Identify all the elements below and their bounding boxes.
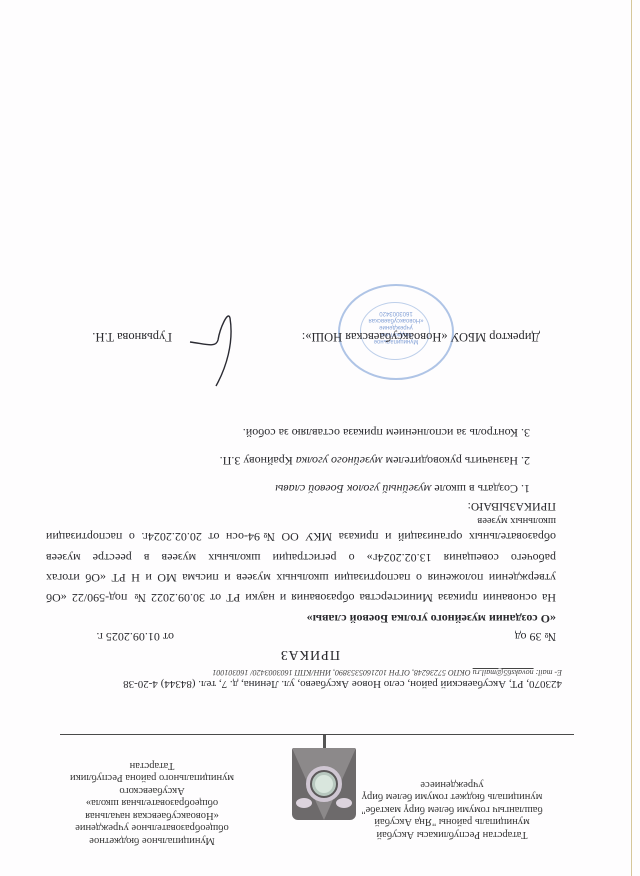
scan-edge-line [631,0,632,876]
order-date: от 01.09.2025 г. [96,629,174,644]
header-russian-line: общеобразовательная школа» Аксубаевского [52,784,252,809]
order-preamble: На основании приказа Министерства образо… [46,513,556,608]
header-tatar-line: башлангыч гомуми белем бирү мәктәбе" [342,803,562,816]
director-name: Гурьянова Т.Н. [92,329,172,344]
preamble-line: рабочего совещания 13.02.2024г» о регист… [46,547,556,567]
order-item: 3. Контроль за исполнением приказа остав… [243,425,530,440]
order-title: «О создании музейного уголка Боевой слав… [307,611,556,626]
header-russian-line: общеобразовательное учреждение [52,821,252,834]
order-number: № 39 од [515,629,556,644]
header-russian-line: муниципального района Республики [52,771,252,784]
sun-emblem-icon [315,775,333,793]
header-tatar-line: муниципаль бюджет гомуми белем бирү [342,790,562,803]
header-russian-line: Татарстан [52,759,252,772]
preamble-line: образовательных организаций и приказа МК… [46,527,556,547]
header-tatar-line: муниципаль районы "Яңа Аксубай [342,815,562,828]
signature-icon [186,308,256,388]
preamble-line: школьных музеев [46,513,556,527]
document-heading: ПРИКАЗ [280,646,340,662]
school-address: 423070, РТ, Аксубаевский район, село Нов… [123,678,562,690]
directive-heading: ПРИКАЗЫВАЮ: [468,499,556,514]
header-russian-line: Муниципальное бюджетное [52,834,252,847]
header-tatar-line: учреждениесе [342,778,562,791]
header-tatar-block: Татарстан Республикасы Аксубай муниципал… [342,778,562,841]
header-russian-line: «Новоаксубаевская начальная [52,809,252,822]
order-item: 2. Назначить руководителем музейного уго… [220,453,530,468]
header-tatar-line: Татарстан Республикасы Аксубай [342,828,562,841]
director-title: Директор МБОУ «Новоаксубаевская НОШ»: [302,329,540,344]
school-contacts: E- mail: novaks65@mail.ru ОКПО 57236248,… [212,668,562,677]
header-divider [60,734,574,735]
municipal-emblem-icon [292,748,356,820]
header-russian-block: Муниципальное бюджетное общеобразователь… [52,759,252,847]
email-link[interactable]: novaks65@mail.ru [473,668,534,677]
scanned-document-page: Татарстан Республикасы Аксубай муниципал… [0,0,640,876]
preamble-line: На основании приказа Министерства образо… [46,588,556,608]
preamble-line: утверждении положения о паспортизации шк… [46,568,556,588]
order-item: 1. Создать в школе музейный уголок Боево… [275,481,530,496]
